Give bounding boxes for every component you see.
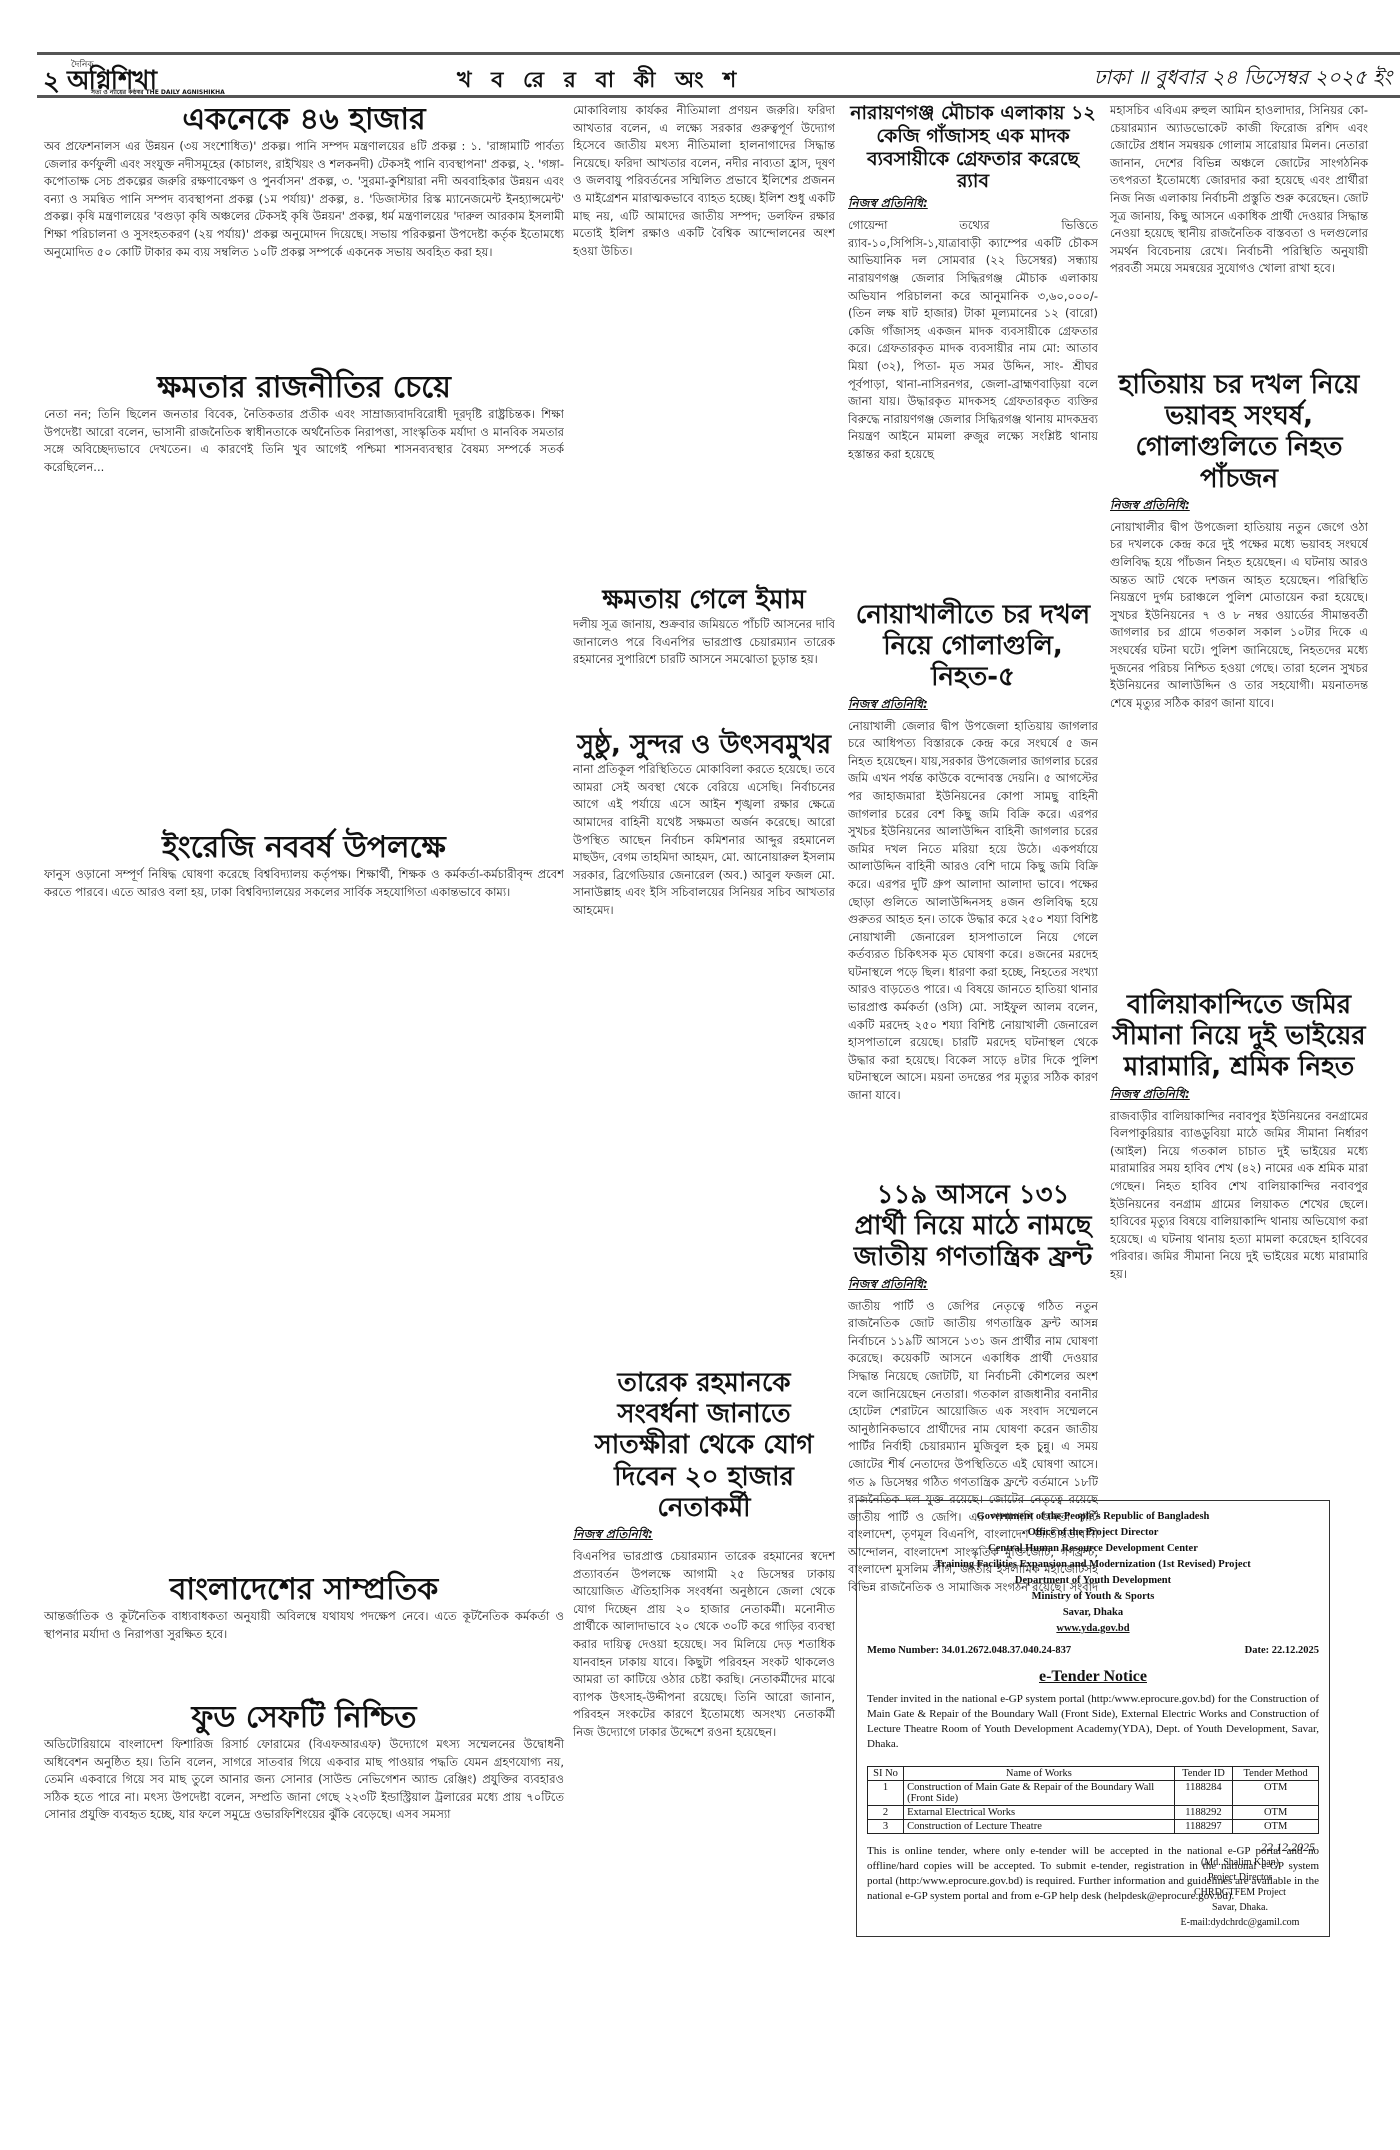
tender-table: SI No Name of Works Tender ID Tender Met… xyxy=(867,1766,1319,1834)
article-body: নোয়াখালী জেলার দ্বীপ উপজেলা হাতিয়ায় জ… xyxy=(848,718,1098,1218)
headline: ইংরেজি নববর্ষ উপলক্ষে xyxy=(44,830,564,866)
article-english-new-year: ইংরেজি নববর্ষ উপলক্ষে ফানুস ওড়ানো সম্পূ… xyxy=(44,830,564,1506)
article-food-safety: ফুড সেফটি নিশ্চিত অডিটোরিয়ামে বাংলাদেশ … xyxy=(44,1700,564,1824)
byline: নিজস্ব প্রতিনিধি: xyxy=(848,696,1098,716)
headline: ফুড সেফটি নিশ্চিত xyxy=(44,1700,564,1736)
column-header: SI No xyxy=(868,1767,904,1781)
article-power-politics: ক্ষমতার রাজনীতির চেয়ে নেতা নন; তিনি ছিল… xyxy=(44,370,564,746)
signatory-project: CHRDCTFEM Project xyxy=(1165,1885,1315,1900)
article-body: অডিটোরিয়ামে বাংলাদেশ ফিশারিজ রিসার্চ ফো… xyxy=(44,1736,564,1824)
article-ecnec: একনেকে ৪৬ হাজার অব প্রফেশনালস এর উন্নয়ন… xyxy=(44,102,564,261)
dateline: ঢাকা ॥ বুধবার ২৪ ডিসেম্বর ২০২৫ ইং xyxy=(1094,63,1392,96)
byline: নিজস্ব প্রতিনিধি: xyxy=(848,1276,1098,1296)
article-tarique-satkhira: তারেক রহমানকে সংবর্ধনা জানাতে সাতক্ষীরা … xyxy=(573,1368,835,1741)
byline: নিজস্ব প্রতিনিধি: xyxy=(1110,497,1368,517)
header-line: Office of the Project Director xyxy=(867,1525,1319,1541)
header-line: Ministry of Youth & Sports xyxy=(867,1589,1319,1605)
article-imam: ক্ষমতায় গেলে ইমাম দলীয় সূত্র জানায়, শ… xyxy=(573,585,835,716)
byline: নিজস্ব প্রতিনিধি: xyxy=(848,195,1098,215)
signatory-title: Project Director xyxy=(1165,1870,1315,1885)
article-body: আন্তর্জাতিক ও কূটনৈতিক বাধ্যবাধকতা অনুযা… xyxy=(44,1608,564,1643)
column-header: Tender Method xyxy=(1233,1767,1319,1781)
signature-block: 22.12.2025 (Md. Shalim Khan) Project Dir… xyxy=(1165,1840,1315,1930)
table-header-row: SI No Name of Works Tender ID Tender Met… xyxy=(868,1767,1319,1781)
headline: নারায়ণগঞ্জ মৌচাক এলাকায় ১২ কেজি গাঁজাস… xyxy=(848,102,1098,193)
article-bangladesh-recent: বাংলাদেশের সাম্প্রতিক আন্তর্জাতিক ও কূটন… xyxy=(44,1572,564,1643)
article-body: মহাসচিব এবিএম রুহুল আমিন হাওলাদার, সিনিয… xyxy=(1110,102,1368,278)
article-body: বিএনপির ভারপ্রাপ্ত চেয়ারম্যান তারেক রহম… xyxy=(573,1548,835,1742)
article-beautiful-election: সুষ্ঠু, সুন্দর ও উৎসবমুখর নানা প্রতিকূল … xyxy=(573,730,835,1381)
article-hatiya: হাতিয়ায় চর দখল নিয়ে ভয়াবহ সংঘর্ষ, গো… xyxy=(1110,370,1368,1059)
cell-method: OTM xyxy=(1233,1806,1319,1820)
header-line: Savar, Dhaka xyxy=(867,1605,1319,1621)
article-body: নানা প্রতিকূল পরিস্থিতিতে মোকাবিলা করতে … xyxy=(573,761,835,1381)
signatory-name: (Md. Shalim Khan) xyxy=(1165,1855,1315,1870)
headline: সুষ্ঠু, সুন্দর ও উৎসবমুখর xyxy=(573,730,835,761)
cell-method: OTM xyxy=(1233,1820,1319,1834)
header-line: Training Facilities Expansion and Modern… xyxy=(867,1557,1319,1573)
cell-work: Construction of Lecture Theatre xyxy=(904,1820,1175,1834)
cell-tender-id: 1188292 xyxy=(1174,1806,1233,1820)
headline: বাংলাদেশের সাম্প্রতিক xyxy=(44,1572,564,1608)
header-line: Central Human Resource Development Cente… xyxy=(867,1541,1319,1557)
cell-sl: 3 xyxy=(868,1820,904,1834)
signatory-place: Savar, Dhaka. xyxy=(1165,1900,1315,1915)
headline: বালিয়াকান্দিতে জমির সীমানা নিয়ে দুই ভা… xyxy=(1110,990,1368,1084)
article-front-cont: মহাসচিব এবিএম রুহুল আমিন হাওলাদার, সিনিয… xyxy=(1110,102,1368,278)
column-header: Tender ID xyxy=(1174,1767,1233,1781)
article-narayanganj-rab: নারায়ণগঞ্জ মৌচাক এলাকায় ১২ কেজি গাঁজাস… xyxy=(848,102,1098,637)
byline: নিজস্ব প্রতিনিধি: xyxy=(573,1526,835,1546)
article-fisheries-cont: মোকাবিলায় কার্যকর নীতিমালা প্রণয়ন জরুর… xyxy=(573,102,835,582)
logo-tagline: সত্য ও ন্যায়ের কণ্ঠস্বর THE DAILY AGNIS… xyxy=(91,87,225,98)
notice-title: e-Tender Notice xyxy=(867,1668,1319,1686)
article-noakhali: নোয়াখালীতে চর দখল নিয়ে গোলাগুলি, নিহত-… xyxy=(848,600,1098,1218)
website-link[interactable]: www.yda.gov.bd xyxy=(867,1621,1319,1637)
memo-number: Memo Number: 34.01.2672.048.37.040.24-83… xyxy=(867,1645,1071,1656)
headline: ক্ষমতায় গেলে ইমাম xyxy=(573,585,835,616)
cell-tender-id: 1188284 xyxy=(1174,1781,1233,1806)
header-line: Government of the People's Republic of B… xyxy=(867,1509,1319,1525)
cell-work: Extarnal Electrical Works xyxy=(904,1806,1175,1820)
memo-date: Date: 22.12.2025 xyxy=(1245,1645,1319,1656)
article-body: নেতা নন; তিনি ছিলেন জনতার বিবেক, নৈতিকতা… xyxy=(44,406,564,746)
headline: ১১৯ আসনে ১৩১ প্রার্থী নিয়ে মাঠে নামছে জ… xyxy=(848,1180,1098,1274)
article-body: রাজবাড়ীর বালিয়াকান্দির নবাবপুর ইউনিয়ন… xyxy=(1110,1108,1368,1508)
headline: নোয়াখালীতে চর দখল নিয়ে গোলাগুলি, নিহত-… xyxy=(848,600,1098,694)
section-title: খ ব রে র বা কী অং শ xyxy=(457,63,742,100)
table-row: 3 Construction of Lecture Theatre 118829… xyxy=(868,1820,1319,1834)
headline: হাতিয়ায় চর দখল নিয়ে ভয়াবহ সংঘর্ষ, গো… xyxy=(1110,370,1368,495)
table-row: 1 Construction of Main Gate & Repair of … xyxy=(868,1781,1319,1806)
article-body: নোয়াখালীর দ্বীপ উপজেলা হাতিয়ায় নতুন জ… xyxy=(1110,519,1368,1059)
page-number: ২ xyxy=(43,61,60,105)
headline: তারেক রহমানকে সংবর্ধনা জানাতে সাতক্ষীরা … xyxy=(573,1368,835,1524)
memo-row: Memo Number: 34.01.2672.048.37.040.24-83… xyxy=(867,1645,1319,1656)
masthead: ২ দৈনিক অগ্নিশিখা সত্য ও ন্যায়ের কণ্ঠস্… xyxy=(37,52,1400,98)
article-baliakandi: বালিয়াকান্দিতে জমির সীমানা নিয়ে দুই ভা… xyxy=(1110,990,1368,1508)
e-tender-notice: Government of the People's Republic of B… xyxy=(856,1500,1330,1937)
table-row: 2 Extarnal Electrical Works 1188292 OTM xyxy=(868,1806,1319,1820)
article-body: ফানুস ওড়ানো সম্পূর্ণ নিষিদ্ধ ঘোষণা করেছ… xyxy=(44,866,564,1506)
article-body: গোয়েন্দা তথ্যের ভিত্তিতে র‍্যাব-১০,সিপি… xyxy=(848,217,1098,637)
signatory-email[interactable]: E-mail:dydchrdc@gamil.com xyxy=(1165,1915,1315,1930)
notice-intro: Tender invited in the national e-GP syst… xyxy=(867,1692,1319,1752)
article-body: অব প্রফেশনালস এর উন্নয়ন (৩য় সংশোধিত)' … xyxy=(44,138,564,261)
byline: নিজস্ব প্রতিনিধি: xyxy=(1110,1086,1368,1106)
newspaper-logo: দৈনিক অগ্নিশিখা সত্য ও ন্যায়ের কণ্ঠস্বর… xyxy=(67,57,227,95)
cell-tender-id: 1188297 xyxy=(1174,1820,1233,1834)
article-body: দলীয় সূত্র জানায়, শুক্রবার জমিয়তে পাঁ… xyxy=(573,616,835,716)
notice-header: Government of the People's Republic of B… xyxy=(867,1509,1319,1637)
article-body: মোকাবিলায় কার্যকর নীতিমালা প্রণয়ন জরুর… xyxy=(573,102,835,582)
cell-sl: 1 xyxy=(868,1781,904,1806)
header-line: Department of Youth Development xyxy=(867,1573,1319,1589)
cell-sl: 2 xyxy=(868,1806,904,1820)
cell-method: OTM xyxy=(1233,1781,1319,1806)
column-header: Name of Works xyxy=(904,1767,1175,1781)
headline: ক্ষমতার রাজনীতির চেয়ে xyxy=(44,370,564,406)
signature-scribble: 22.12.2025 xyxy=(1165,1840,1315,1855)
headline: একনেকে ৪৬ হাজার xyxy=(44,102,564,138)
cell-work: Construction of Main Gate & Repair of th… xyxy=(904,1781,1175,1806)
